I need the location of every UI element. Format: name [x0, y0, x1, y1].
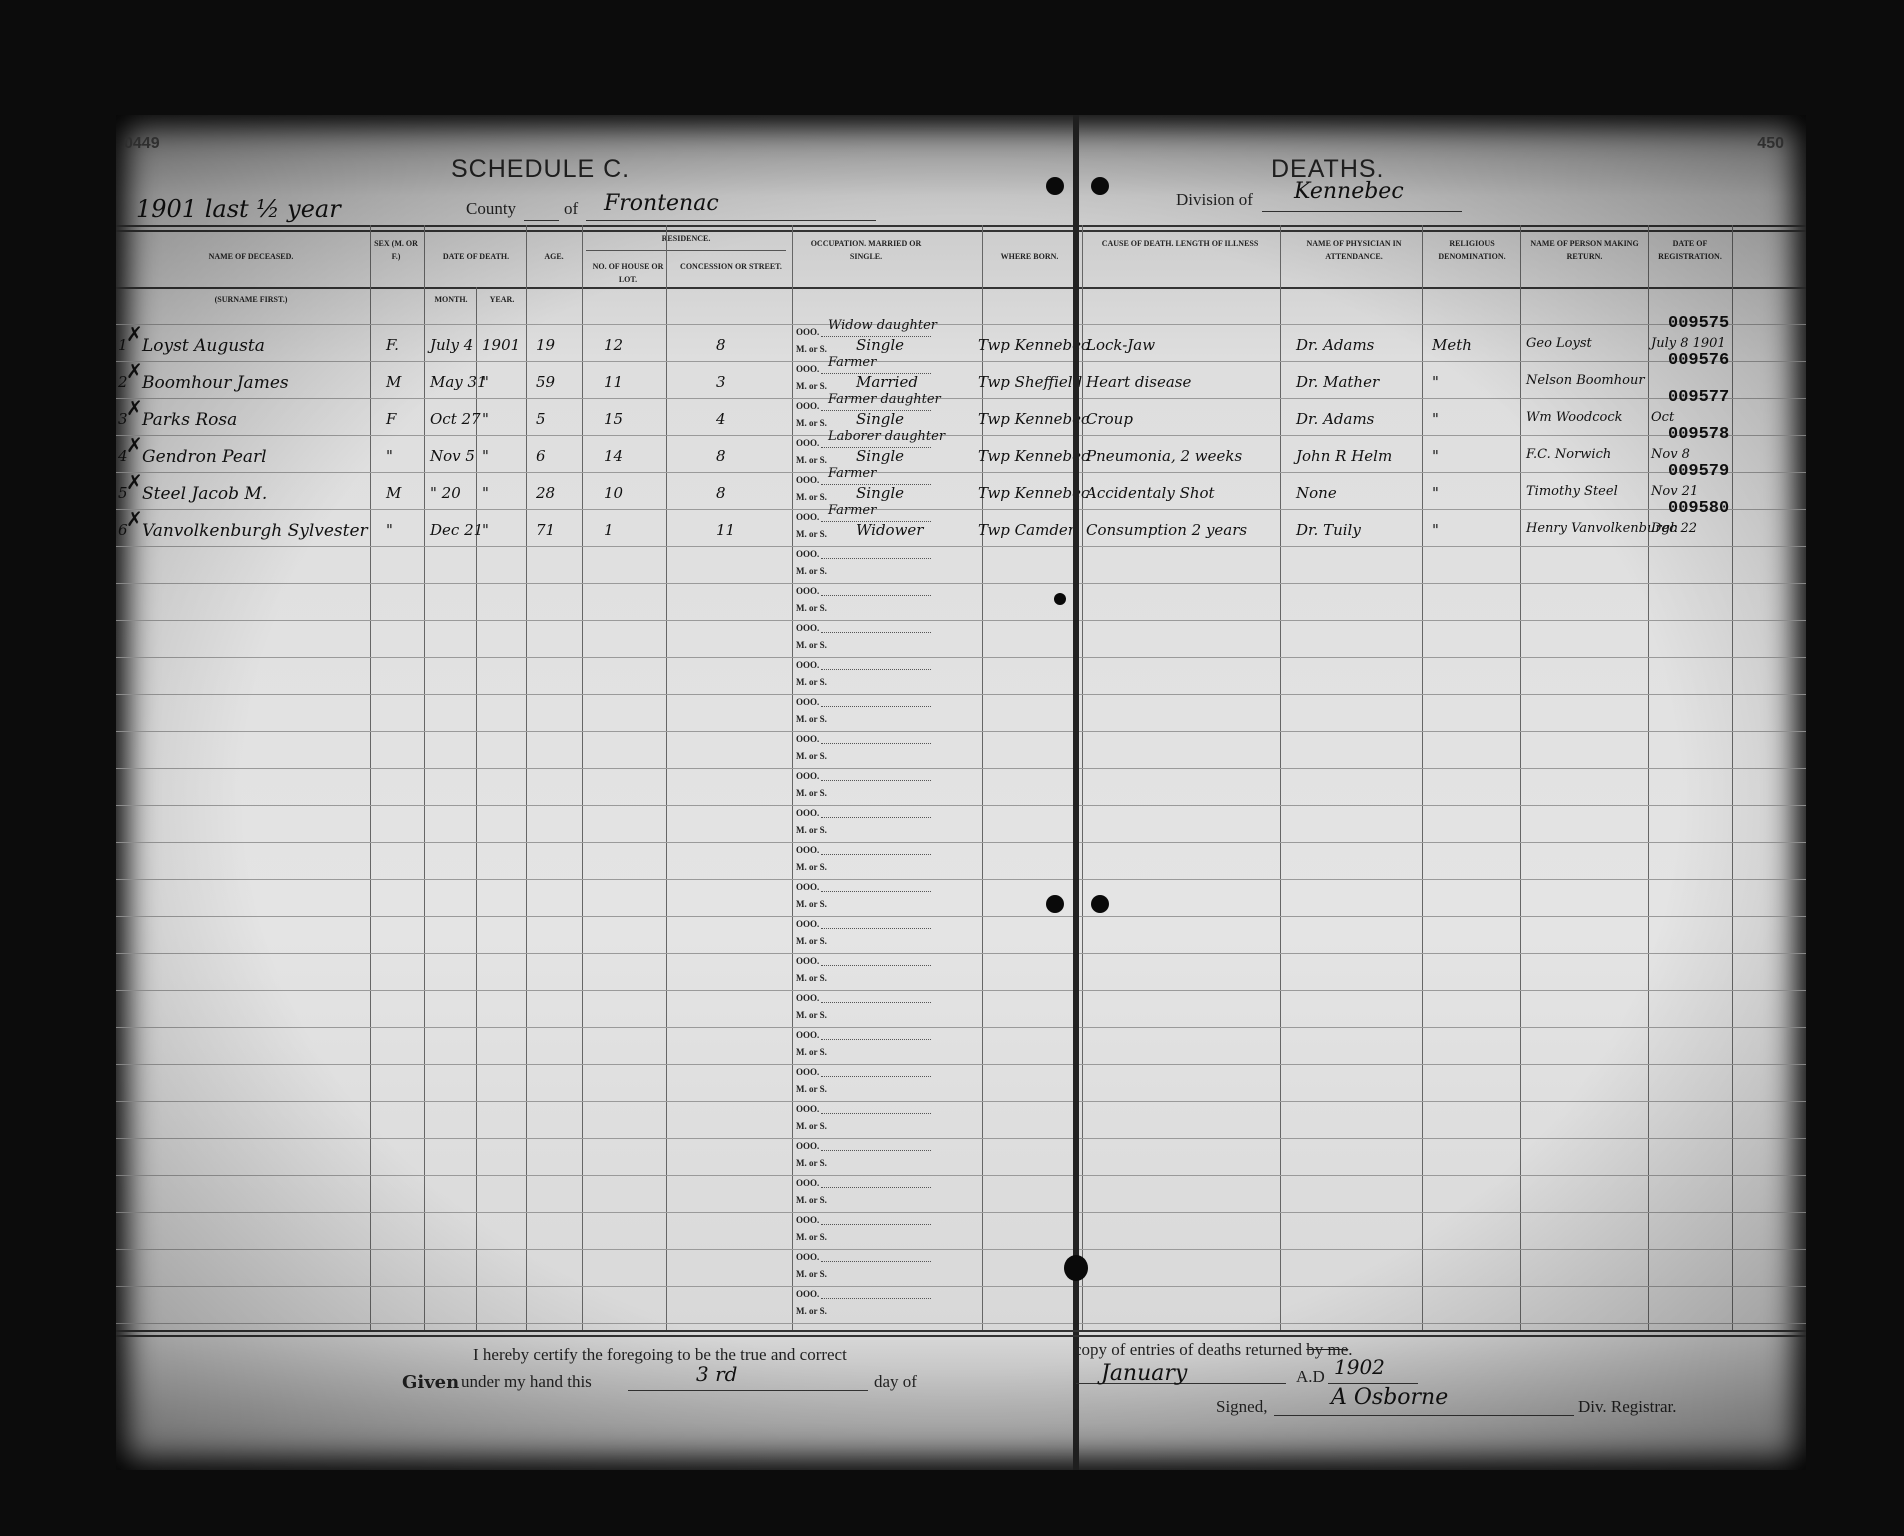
division-label: Division of — [1176, 190, 1253, 210]
cell-occupation: Farmer — [828, 503, 876, 518]
header-registration: Date of Registration. — [1650, 237, 1730, 263]
division-value: Kennebec — [1294, 179, 1404, 204]
cell-informant: F.C. Norwich — [1526, 447, 1611, 462]
cell-concession: 8 — [716, 484, 726, 502]
cell-year: " — [482, 521, 489, 539]
column-rule — [666, 225, 667, 1330]
cell-occupation: Farmer — [828, 355, 876, 370]
cell-religion: " — [1432, 447, 1439, 465]
signed-label: Signed, — [1216, 1397, 1267, 1417]
column-rule — [424, 225, 425, 1330]
cell-occupation: Widow daughter — [828, 318, 937, 333]
cell-year: " — [482, 447, 489, 465]
cell-house: 1 — [604, 521, 614, 539]
occupation-label: OOO. — [796, 845, 931, 855]
cell-name: Parks Rosa — [142, 410, 237, 430]
registrar-label: Div. Registrar. — [1578, 1397, 1677, 1417]
column-rule — [1520, 225, 1521, 1330]
cell-marital: Single — [856, 410, 904, 428]
cell-month: May 31 — [430, 373, 487, 391]
marital-label: M. or S. — [796, 1158, 827, 1168]
occupation-label: OOO. — [796, 549, 931, 559]
occupation-label: OOO. — [796, 1289, 931, 1299]
cell-concession: 8 — [716, 447, 726, 465]
cell-concession: 8 — [716, 336, 726, 354]
cell-year: 1901 — [482, 336, 520, 354]
cell-born: Twp Sheffield — [978, 373, 1082, 391]
cell-occupation: Farmer daughter — [828, 392, 941, 407]
cell-informant: Timothy Steel — [1526, 484, 1618, 499]
check-mark-icon: ✗ — [126, 433, 143, 458]
cell-age: 28 — [536, 484, 555, 502]
marital-label: M. or S. — [796, 1232, 827, 1242]
marital-label: M. or S. — [796, 1121, 827, 1131]
header-cause: Cause of Death. Length of Illness — [1082, 237, 1278, 250]
right-page-number: 450 — [1757, 135, 1784, 153]
cell-reg-no: 009575 — [1668, 314, 1729, 333]
register-page: 0449 450 SCHEDULE C. DEATHS. 1901 last ½… — [116, 115, 1806, 1470]
marital-label: M. or S. — [796, 973, 827, 983]
cell-religion: " — [1432, 521, 1439, 539]
marital-label: M. or S. — [796, 899, 827, 909]
cell-reg-date: July 8 1901 — [1651, 336, 1726, 351]
column-rule — [526, 225, 527, 1330]
signature: A Osborne — [1331, 1385, 1448, 1410]
county-label: County — [466, 199, 516, 219]
cell-reg-date: Nov 21 — [1651, 484, 1698, 499]
cell-cause: Heart disease — [1086, 373, 1191, 391]
occupation-label: OOO. — [796, 1030, 931, 1040]
cell-sex: " — [386, 521, 393, 539]
cell-cause: Lock-Jaw — [1086, 336, 1155, 354]
cell-cause: Consumption 2 years — [1086, 521, 1247, 539]
county-value: Frontenac — [604, 191, 719, 216]
marital-label: M. or S. — [796, 1195, 827, 1205]
cell-house: 14 — [604, 447, 623, 465]
column-rule — [1280, 225, 1281, 1330]
occupation-label: OOO. — [796, 993, 931, 1003]
marital-label: M. or S. — [796, 455, 827, 465]
schedule-title: SCHEDULE C. — [451, 155, 630, 184]
cell-reg-date: Oct — [1651, 410, 1674, 425]
cell-reg-no: 009576 — [1668, 351, 1729, 370]
marital-label: M. or S. — [796, 566, 827, 576]
marital-label: M. or S. — [796, 418, 827, 428]
ad-label: A.D — [1296, 1367, 1325, 1387]
cell-cause: Accidentaly Shot — [1086, 484, 1215, 502]
header-house-no: No. of House or Lot. — [588, 260, 668, 286]
cell-name: Vanvolkenburgh Sylvester — [142, 521, 368, 541]
cell-house: 10 — [604, 484, 623, 502]
cell-marital: Single — [856, 484, 904, 502]
cell-month: " 20 — [430, 484, 461, 502]
header-surname-first: (Surname First.) — [136, 293, 366, 306]
marital-label: M. or S. — [796, 529, 827, 539]
cell-cause: Croup — [1086, 410, 1133, 428]
header-physician: Name of Physician in Attendance. — [1284, 237, 1424, 263]
header-month: Month. — [426, 293, 476, 306]
binding-hole — [1091, 895, 1109, 913]
cell-name: Boomhour James — [142, 373, 289, 393]
cell-physician: Dr. Tuily — [1296, 521, 1361, 539]
year-value: 1902 — [1334, 1355, 1385, 1379]
binding-hole — [1046, 177, 1064, 195]
header-name: Name of Deceased. — [136, 250, 366, 263]
check-mark-icon: ✗ — [126, 507, 143, 532]
header-informant: Name of Person Making Return. — [1522, 237, 1647, 263]
occupation-label: OOO. — [796, 734, 931, 744]
header-where-born: Where Born. — [982, 250, 1077, 263]
header-year: Year. — [478, 293, 526, 306]
header-age: Age. — [528, 250, 580, 263]
cell-year: " — [482, 410, 489, 428]
marital-label: M. or S. — [796, 936, 827, 946]
marital-label: M. or S. — [796, 788, 827, 798]
marital-label: M. or S. — [796, 714, 827, 724]
occupation-label: OOO. — [796, 1178, 931, 1188]
occupation-label: OOO. — [796, 586, 931, 596]
cell-informant: Nelson Boomhour — [1526, 373, 1645, 388]
day-value: 3 rd — [696, 1362, 737, 1386]
marital-label: M. or S. — [796, 1047, 827, 1057]
cell-religion: Meth — [1432, 336, 1472, 354]
header-date-of-death: Date of Death. — [426, 250, 526, 263]
marital-label: M. or S. — [796, 677, 827, 687]
cell-informant: Wm Woodcock — [1526, 410, 1623, 425]
cell-concession: 4 — [716, 410, 726, 428]
certify-continued: copy of entries of deaths returned by me… — [1074, 1340, 1353, 1360]
occupation-label: OOO. — [796, 919, 931, 929]
binding-tear — [1064, 1255, 1088, 1281]
cell-born: Twp Camden — [978, 521, 1077, 539]
cell-sex: F — [386, 410, 396, 428]
occupation-label: OOO. — [796, 1252, 931, 1262]
cell-physician: Dr. Adams — [1296, 336, 1374, 354]
cell-religion: " — [1432, 484, 1439, 502]
cell-name: Loyst Augusta — [142, 336, 265, 356]
cell-reg-no: 009579 — [1668, 462, 1729, 481]
cell-reg-date: Nov 8 — [1651, 447, 1690, 462]
marital-label: M. or S. — [796, 1306, 827, 1316]
header-religion: Religious Denomination. — [1426, 237, 1518, 263]
marital-label: M. or S. — [796, 1269, 827, 1279]
header-residence: Residence. — [586, 232, 786, 245]
given-text: under my hand this — [461, 1372, 592, 1392]
cell-occupation: Farmer — [828, 466, 876, 481]
cell-sex: M — [386, 373, 401, 391]
cell-cause: Pneumonia, 2 weeks — [1086, 447, 1242, 465]
check-mark-icon: ✗ — [126, 322, 143, 347]
occupation-label: OOO. — [796, 660, 931, 670]
marital-label: M. or S. — [796, 1084, 827, 1094]
binding-hole — [1091, 177, 1109, 195]
cell-religion: " — [1432, 410, 1439, 428]
cell-house: 11 — [604, 373, 623, 391]
cell-sex: F. — [386, 336, 399, 354]
occupation-label: OOO. — [796, 882, 931, 892]
cell-marital: Single — [856, 336, 904, 354]
column-rule — [1732, 225, 1733, 1330]
cell-concession: 11 — [716, 521, 735, 539]
marital-label: M. or S. — [796, 825, 827, 835]
month-value: January — [1101, 1361, 1187, 1386]
cell-reg-no: 009577 — [1668, 388, 1729, 407]
cell-age: 19 — [536, 336, 555, 354]
county-of-label: of — [564, 199, 578, 219]
cell-reg-no: 009578 — [1668, 425, 1729, 444]
cell-house: 12 — [604, 336, 623, 354]
cell-reg-date: Dec 22 — [1651, 521, 1697, 536]
cell-name: Steel Jacob M. — [142, 484, 267, 504]
occupation-label: OOO. — [796, 1215, 931, 1225]
column-rule — [370, 225, 371, 1330]
occupation-label: OOO. — [796, 771, 931, 781]
occupation-label: OOO. — [796, 808, 931, 818]
binding-hole — [1046, 895, 1064, 913]
check-mark-icon: ✗ — [126, 359, 143, 384]
left-page-number: 0449 — [124, 135, 160, 153]
header-concession: Concession or Street. — [671, 260, 791, 273]
year-annotation: 1901 last ½ year — [136, 195, 341, 223]
cell-age: 71 — [536, 521, 555, 539]
cell-year: " — [482, 484, 489, 502]
cell-concession: 3 — [716, 373, 726, 391]
check-mark-icon: ✗ — [126, 470, 143, 495]
cell-physician: John R Helm — [1296, 447, 1392, 465]
cell-marital: Widower — [856, 521, 923, 539]
cell-marital: Single — [856, 447, 904, 465]
marital-label: M. or S. — [796, 344, 827, 354]
cell-name: Gendron Pearl — [142, 447, 267, 467]
cell-month: July 4 — [430, 336, 473, 354]
occupation-label: OOO. — [796, 1067, 931, 1077]
marital-label: M. or S. — [796, 381, 827, 391]
cell-sex: " — [386, 447, 393, 465]
occupation-label: OOO. — [796, 697, 931, 707]
cell-year: " — [482, 373, 489, 391]
occupation-label: OOO. — [796, 1104, 931, 1114]
cell-sex: M — [386, 484, 401, 502]
column-rule — [582, 225, 583, 1330]
cell-age: 5 — [536, 410, 546, 428]
cell-informant: Geo Loyst — [1526, 336, 1592, 351]
header-sex: Sex (M. or F.) — [370, 237, 422, 263]
column-rule — [1422, 225, 1423, 1330]
day-of-label: day of — [874, 1372, 917, 1392]
cell-physician: Dr. Adams — [1296, 410, 1374, 428]
marital-label: M. or S. — [796, 492, 827, 502]
cell-occupation: Laborer daughter — [828, 429, 945, 444]
column-rule — [1648, 225, 1649, 1330]
check-mark-icon: ✗ — [126, 396, 143, 421]
given-label: Given — [402, 1372, 459, 1393]
cell-physician: None — [1296, 484, 1337, 502]
cell-marital: Married — [856, 373, 918, 391]
marital-label: M. or S. — [796, 751, 827, 761]
marital-label: M. or S. — [796, 862, 827, 872]
column-rule — [792, 225, 793, 1330]
cell-religion: " — [1432, 373, 1439, 391]
cell-reg-no: 009580 — [1668, 499, 1729, 518]
cell-month: Oct 27 — [430, 410, 481, 428]
cell-age: 6 — [536, 447, 546, 465]
marital-label: M. or S. — [796, 603, 827, 613]
occupation-label: OOO. — [796, 1141, 931, 1151]
binding-hole — [1054, 593, 1066, 605]
cell-age: 59 — [536, 373, 555, 391]
header-occupation: Occupation. Married or Single. — [796, 237, 936, 263]
occupation-label: OOO. — [796, 956, 931, 966]
column-rule — [476, 287, 477, 1330]
marital-label: M. or S. — [796, 1010, 827, 1020]
cell-month: Nov 5 — [430, 447, 475, 465]
cell-month: Dec 21 — [430, 521, 483, 539]
marital-label: M. or S. — [796, 640, 827, 650]
certify-text: I hereby certify the foregoing to be the… — [473, 1345, 847, 1365]
cell-physician: Dr. Mather — [1296, 373, 1379, 391]
occupation-label: OOO. — [796, 623, 931, 633]
cell-house: 15 — [604, 410, 623, 428]
